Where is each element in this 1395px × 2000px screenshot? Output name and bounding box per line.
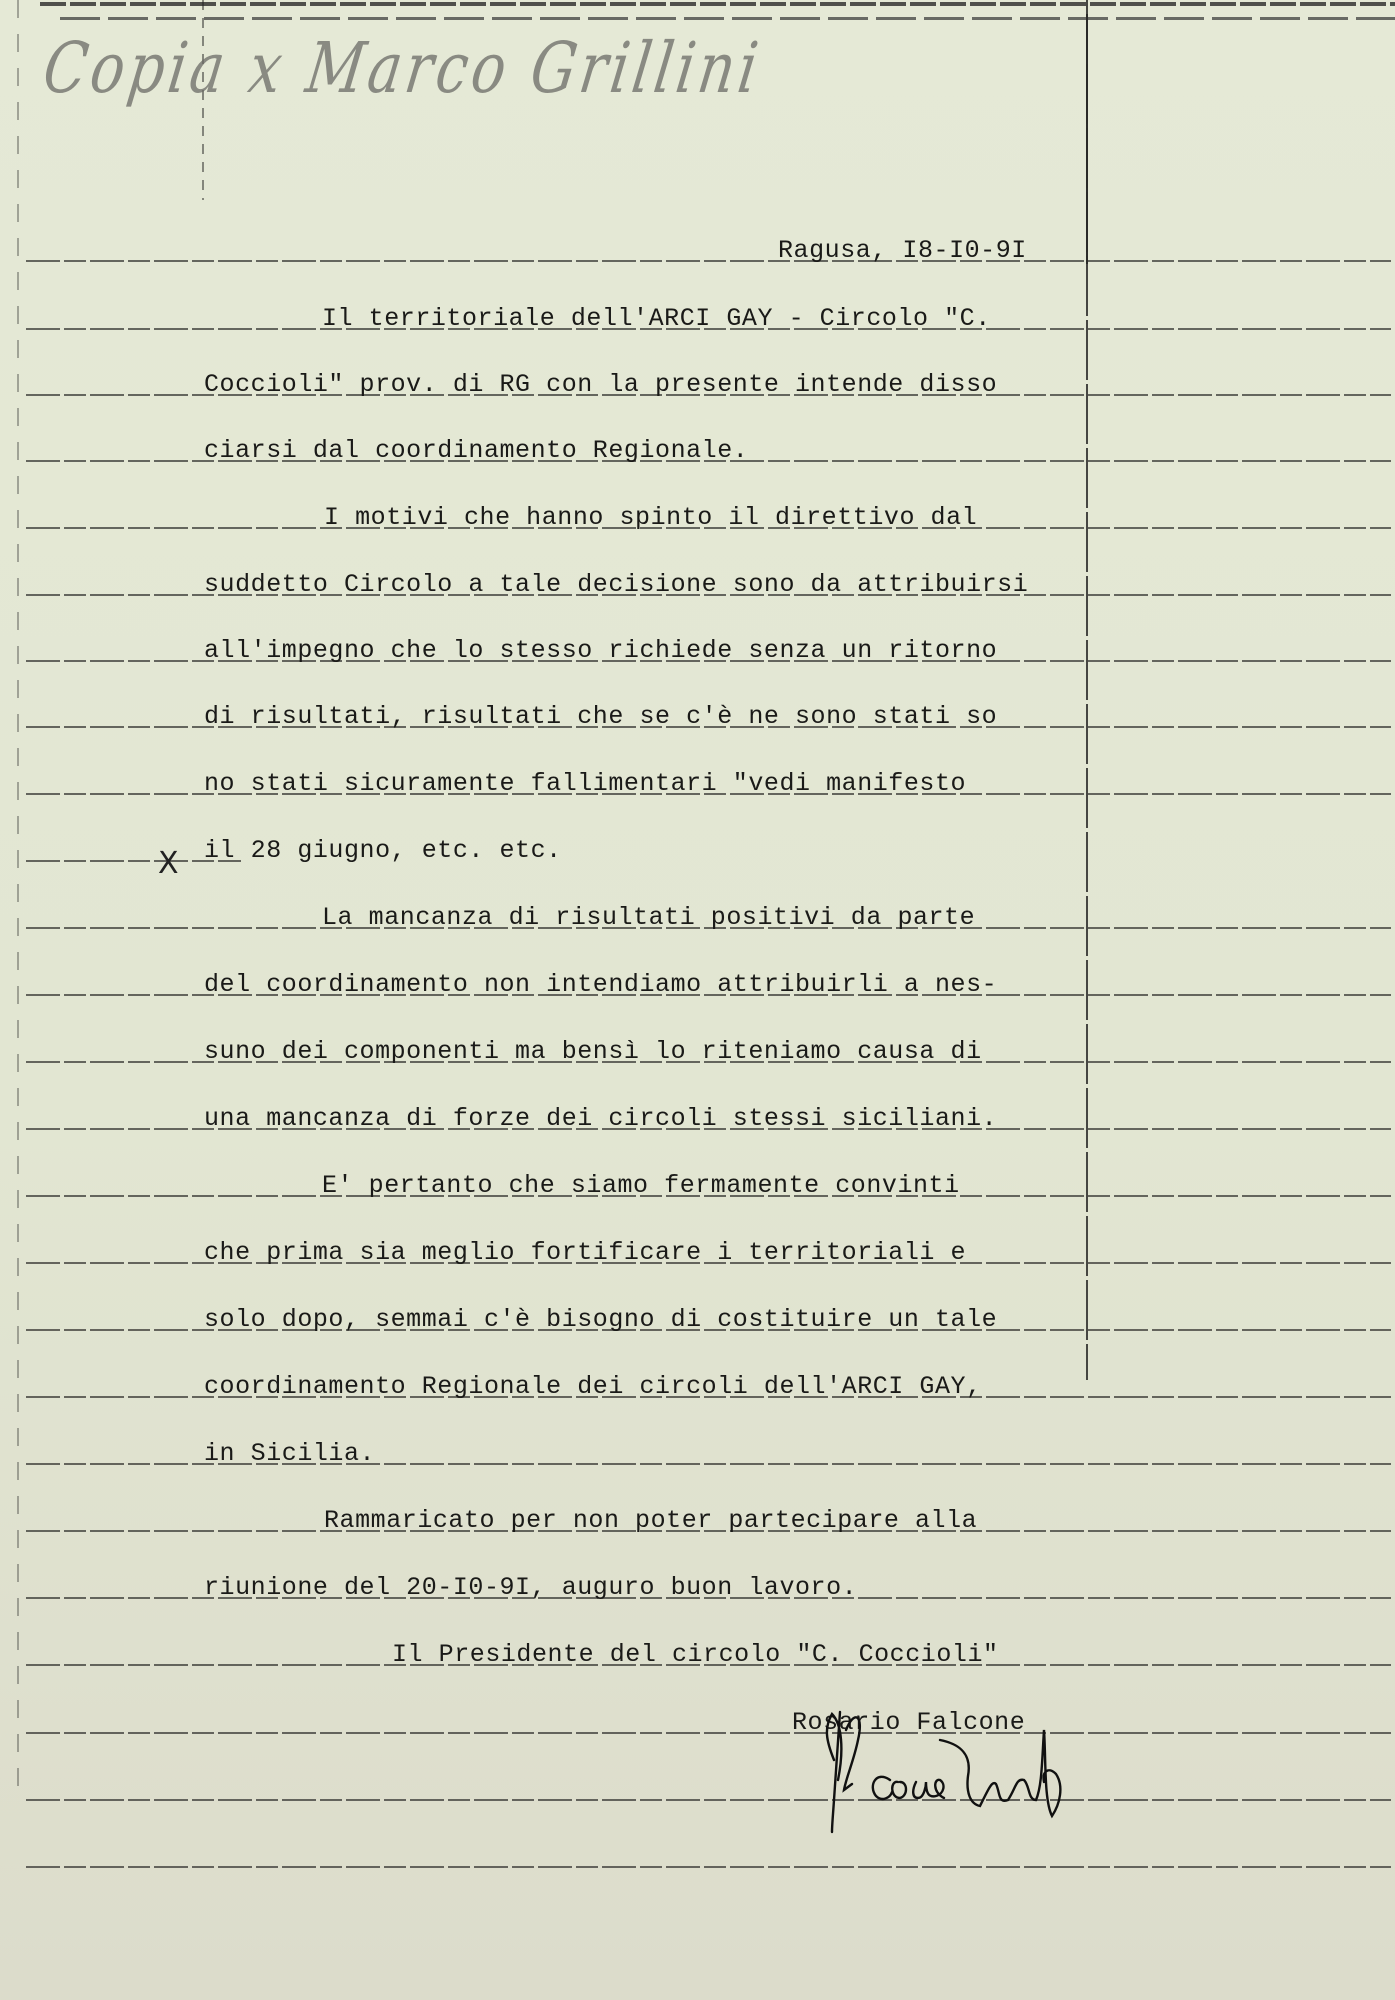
paragraph-1-line-2: Coccioli" prov. di RG con la presente in…: [204, 370, 997, 399]
text-line: solo dopo, semmai c'è bisogno di costitu…: [26, 1297, 1391, 1331]
text-line: una mancanza di forze dei circoli stessi…: [26, 1096, 1391, 1130]
paragraph-4-line-1: E' pertanto che siamo fermamente convint…: [322, 1171, 960, 1200]
paragraph-4-line-3: solo dopo, semmai c'è bisogno di costitu…: [204, 1305, 997, 1334]
text-line: Il Presidente del circolo "C. Coccioli": [26, 1632, 1391, 1666]
paragraph-2-line-3: all'impegno che lo stesso richiede senza…: [204, 636, 997, 665]
text-line: coordinamento Regionale dei circoli dell…: [26, 1364, 1391, 1398]
date-line: Ragusa, I8-I0-9I: [26, 228, 1391, 262]
closing-line: Il Presidente del circolo "C. Coccioli": [392, 1640, 999, 1669]
paragraph-2-line-1: I motivi che hanno spinto il direttivo d…: [324, 503, 977, 532]
text-line: suno dei componenti ma bensì lo riteniam…: [26, 1029, 1391, 1063]
handwritten-signature: Falcone Rosario: [820, 1700, 1120, 1850]
paragraph-3-line-4: una mancanza di forze dei circoli stessi…: [204, 1104, 997, 1133]
text-line: del coordinamento non intendiamo attribu…: [26, 962, 1391, 996]
text-line: La mancanza di risultati positivi da par…: [26, 895, 1391, 929]
text-line: riunione del 20-I0-9I, auguro buon lavor…: [26, 1565, 1391, 1599]
place-date: Ragusa, I8-I0-9I: [778, 236, 1027, 265]
top-rule: [60, 17, 1395, 20]
paragraph-2-line-6: il 28 giugno, etc. etc.: [204, 836, 562, 865]
paragraph-4-line-2: che prima sia meglio fortificare i terri…: [204, 1238, 966, 1267]
paragraph-3-line-1: La mancanza di risultati positivi da par…: [322, 903, 975, 932]
paragraph-3-line-2: del coordinamento non intendiamo attribu…: [204, 970, 997, 999]
paragraph-1-line-1: Il territoriale dell'ARCI GAY - Circolo …: [322, 304, 991, 333]
signature-icon: [820, 1700, 1120, 1850]
paragraph-4-line-5: in Sicilia.: [204, 1439, 375, 1468]
paragraph-5-line-2: riunione del 20-I0-9I, auguro buon lavor…: [204, 1573, 857, 1602]
text-line: in Sicilia.: [26, 1431, 1391, 1465]
text-line: di risultati, risultati che se c'è ne so…: [26, 694, 1391, 728]
text-line: all'impegno che lo stesso richiede senza…: [26, 628, 1391, 662]
paragraph-2-line-2: suddetto Circolo a tale decisione sono d…: [204, 570, 1028, 599]
text-line: il 28 giugno, etc. etc.: [26, 828, 1391, 862]
text-line: Coccioli" prov. di RG con la presente in…: [26, 362, 1391, 396]
paragraph-3-line-3: suno dei componenti ma bensì lo riteniam…: [204, 1037, 982, 1066]
letter-page: Copia x Marco Grillini Ragusa, I8-I0-9I …: [0, 0, 1395, 2000]
paragraph-5-line-1: Rammaricato per non poter partecipare al…: [324, 1506, 977, 1535]
text-line: Rammaricato per non poter partecipare al…: [26, 1498, 1391, 1532]
paragraph-4-line-4: coordinamento Regionale dei circoli dell…: [204, 1372, 982, 1401]
paragraph-1-line-3: ciarsi dal coordinamento Regionale.: [204, 436, 748, 465]
text-line: suddetto Circolo a tale decisione sono d…: [26, 562, 1391, 596]
blank-ruled-line: [26, 1767, 1391, 1801]
paragraph-2-line-5: no stati sicuramente fallimentari "vedi …: [204, 769, 966, 798]
text-line: E' pertanto che siamo fermamente convint…: [26, 1163, 1391, 1197]
text-line: Il territoriale dell'ARCI GAY - Circolo …: [26, 296, 1391, 330]
page-top-edge: [40, 2, 1395, 6]
left-margin-rule: [17, 0, 19, 1800]
handwritten-annotation: Copia x Marco Grillini: [39, 28, 767, 109]
text-line: no stati sicuramente fallimentari "vedi …: [26, 761, 1391, 795]
text-line: I motivi che hanno spinto il direttivo d…: [26, 495, 1391, 529]
margin-x-mark: X: [158, 846, 179, 881]
paragraph-2-line-4: di risultati, risultati che se c'è ne so…: [204, 702, 997, 731]
text-line: ciarsi dal coordinamento Regionale.: [26, 428, 1391, 462]
blank-ruled-line: [26, 1834, 1391, 1868]
text-line: Rosario Falcone: [26, 1700, 1391, 1734]
text-line: che prima sia meglio fortificare i terri…: [26, 1230, 1391, 1264]
